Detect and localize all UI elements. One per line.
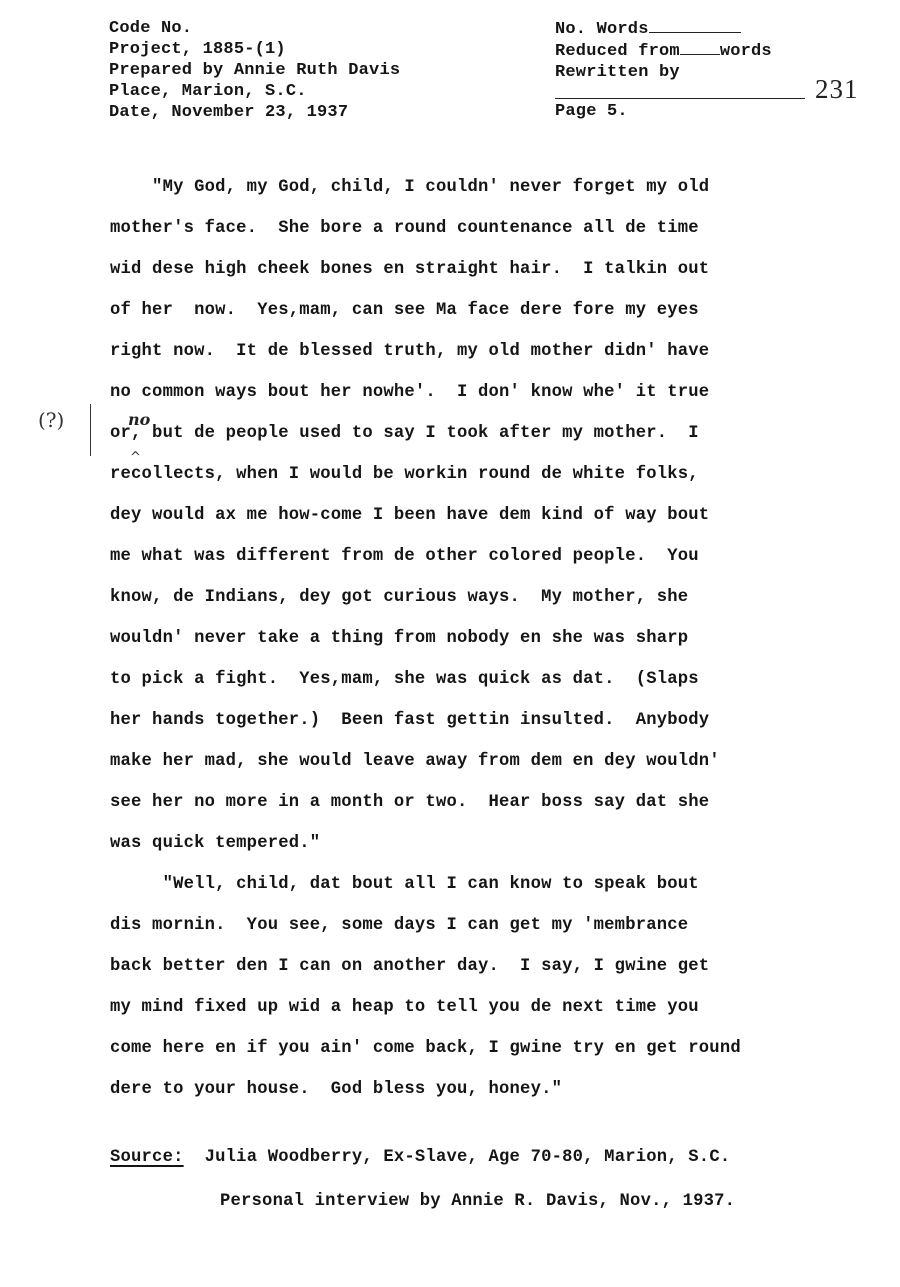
body-line: dere to your house. God bless you, honey… [110, 1080, 562, 1104]
body-line: dey would ax me how-come I been have dem… [110, 506, 709, 530]
insertion-caret: ^ [130, 450, 141, 465]
code-no: Code No. [109, 18, 400, 39]
rewritten-by-label: Rewritten by [555, 62, 772, 83]
body-line: wouldn' never take a thing from nobody e… [110, 629, 688, 653]
source-label: Source: [110, 1148, 184, 1167]
source-line-2: Personal interview by Annie R. Davis, No… [220, 1192, 735, 1211]
body-line: was quick tempered." [110, 834, 320, 858]
body-line: to pick a fight. Yes,mam, she was quick … [110, 670, 699, 694]
body-line: know, de Indians, dey got curious ways. … [110, 588, 688, 612]
date: Date, November 23, 1937 [109, 102, 400, 123]
no-words-row: No. Words [555, 18, 772, 40]
page-label: Page 5. [555, 102, 628, 121]
project: Project, 1885-(1) [109, 39, 400, 60]
page-number-stamp: 231 [815, 74, 859, 105]
body-line: recollects, when I would be workin round… [110, 465, 699, 489]
body-line: no common ways bout her nowhe'. I don' k… [110, 383, 709, 407]
header-spacer [555, 83, 772, 104]
body-line: dis mornin. You see, some days I can get… [110, 916, 688, 940]
reduced-from-label: Reduced from [555, 42, 680, 61]
body-line: or, but de people used to say I took aft… [110, 424, 699, 448]
margin-query-mark: (?) [38, 408, 64, 432]
body-line: come here en if you ain' come back, I gw… [110, 1039, 741, 1063]
body-line: mother's face. She bore a round countena… [110, 219, 699, 243]
body-line: back better den I can on another day. I … [110, 957, 709, 981]
body-line: right now. It de blessed truth, my old m… [110, 342, 709, 366]
body-line: wid dese high cheek bones en straight ha… [110, 260, 709, 284]
body-line: "Well, child, dat bout all I can know to… [110, 875, 699, 899]
reduced-words-label: words [720, 42, 772, 61]
reduced-from-row: Reduced fromwords [555, 40, 772, 62]
reduced-from-blank [680, 40, 720, 55]
body-line: "My God, my God, child, I couldn' never … [110, 178, 709, 202]
body-line: see her no more in a month or two. Hear … [110, 793, 709, 817]
source-line-1: Source: Julia Woodberry, Ex-Slave, Age 7… [110, 1148, 730, 1167]
place: Place, Marion, S.C. [109, 81, 400, 102]
prepared-by: Prepared by Annie Ruth Davis [109, 60, 400, 81]
source-text: Julia Woodberry, Ex-Slave, Age 70-80, Ma… [205, 1148, 731, 1167]
body-line: my mind fixed up wid a heap to tell you … [110, 998, 699, 1022]
header-left-block: Code No. Project, 1885-(1) Prepared by A… [109, 18, 400, 123]
body-line: of her now. Yes,mam, can see Ma face der… [110, 301, 699, 325]
body-line: her hands together.) Been fast gettin in… [110, 711, 709, 735]
rewritten-by-rule [555, 98, 805, 99]
margin-bar [90, 404, 91, 456]
body-line: me what was different from de other colo… [110, 547, 699, 571]
no-words-blank [649, 18, 741, 33]
no-words-label: No. Words [555, 20, 649, 39]
body-line: make her mad, she would leave away from … [110, 752, 720, 776]
header-right-block: No. Words Reduced fromwords Rewritten by [555, 18, 772, 104]
